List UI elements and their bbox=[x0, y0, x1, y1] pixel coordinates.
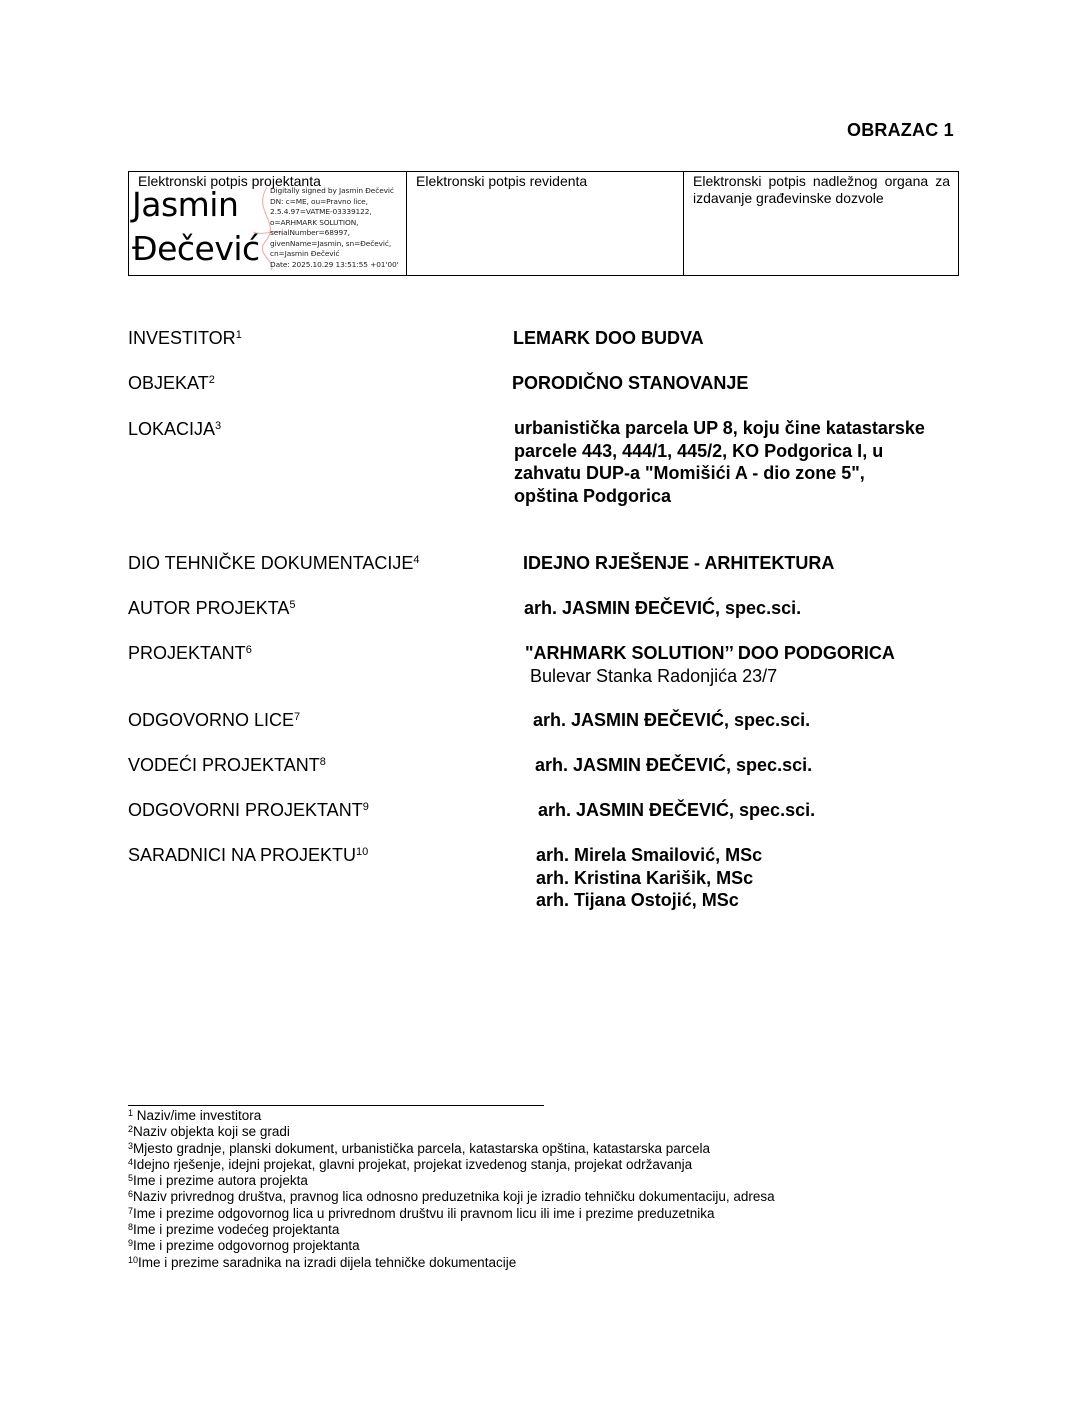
field-value-dio-tehnicke-dokumentacije: IDEJNO RJEŠENJE - ARHITEKTURA bbox=[523, 552, 834, 575]
footnote: 3Mjesto gradnje, planski dokument, urban… bbox=[128, 1141, 775, 1157]
footnote: 10Ime i prezime saradnika na izradi dije… bbox=[128, 1255, 775, 1271]
footnote: 2Naziv objekta koji se gradi bbox=[128, 1124, 775, 1140]
signature-detail-line: Date: 2025.10.29 13:51:55 +01'00' bbox=[270, 260, 398, 271]
field-label-objekat: OBJEKAT2 bbox=[128, 373, 215, 393]
signature-table: Elektronski potpis projektanta Jasmin Đe… bbox=[128, 171, 959, 276]
signature-detail-line: serialNumber=68997, bbox=[270, 228, 398, 239]
footnote: 9Ime i prezime odgovornog projektanta bbox=[128, 1238, 775, 1254]
field-label-autor-projekta: AUTOR PROJEKTA5 bbox=[128, 598, 295, 618]
field-label-dio-tehnicke-dokumentacije: DIO TEHNIČKE DOKUMENTACIJE4 bbox=[128, 553, 420, 573]
field-value-saradnici-na-projektu: arh. Mirela Smailović, MSc arh. Kristina… bbox=[536, 844, 762, 912]
footnote: 4Idejno rješenje, idejni projekat, glavn… bbox=[128, 1157, 775, 1173]
field-value-projektant: "ARHMARK SOLUTION’’ DOO PODGORICA Buleva… bbox=[525, 642, 895, 687]
field-value-vodeci-projektant: arh. JASMIN ĐEČEVIĆ, spec.sci. bbox=[535, 754, 812, 777]
signature-detail-line: DN: c=ME, ou=Pravno lice, bbox=[270, 197, 398, 208]
authority-signature-label: Elektronski potpis nadležnog organa za i… bbox=[684, 172, 958, 207]
field-value-lokacija: urbanistička parcela UP 8, koju čine kat… bbox=[514, 417, 925, 507]
field-value-autor-projekta: arh. JASMIN ĐEČEVIĆ, spec.sci. bbox=[524, 597, 801, 620]
field-value-investitor: LEMARK DOO BUDVA bbox=[513, 327, 704, 350]
field-value-odgovorni-projektant: arh. JASMIN ĐEČEVIĆ, spec.sci. bbox=[538, 799, 815, 822]
field-label-vodeci-projektant: VODEĆI PROJEKTANT8 bbox=[128, 755, 326, 775]
form-number: OBRAZAC 1 bbox=[847, 120, 954, 141]
footnotes: 1 Naziv/ime investitora 2Naziv objekta k… bbox=[128, 1108, 775, 1271]
reviewer-signature-label: Elektronski potpis revidenta bbox=[407, 172, 683, 190]
digital-signature-details: Digitally signed by Jasmin Đečević DN: c… bbox=[270, 186, 398, 270]
footnote-separator bbox=[128, 1105, 544, 1106]
field-label-projektant: PROJEKTANT6 bbox=[128, 643, 252, 663]
footnote: 8Ime i prezime vodećeg projektanta bbox=[128, 1222, 775, 1238]
field-value-odgovorno-lice: arh. JASMIN ĐEČEVIĆ, spec.sci. bbox=[533, 709, 810, 732]
field-label-odgovorno-lice: ODGOVORNO LICE7 bbox=[128, 710, 300, 730]
signature-detail-line: o=ARHMARK SOLUTION, bbox=[270, 218, 398, 229]
authority-signature-cell[interactable]: Elektronski potpis nadležnog organa za i… bbox=[683, 172, 958, 275]
field-label-lokacija: LOKACIJA3 bbox=[128, 419, 221, 439]
signature-detail-line: 2.5.4.97=VATME-03339122, bbox=[270, 207, 398, 218]
signature-detail-line: cn=Jasmin Đečević bbox=[270, 249, 398, 260]
signature-detail-line: givenName=Jasmin, sn=Đečević, bbox=[270, 239, 398, 250]
reviewer-signature-cell[interactable]: Elektronski potpis revidenta bbox=[406, 172, 683, 275]
field-label-saradnici-na-projektu: SARADNICI NA PROJEKTU10 bbox=[128, 845, 368, 865]
projektant-address: Bulevar Stanka Radonjića 23/7 bbox=[525, 665, 895, 688]
field-value-objekat: PORODIČNO STANOVANJE bbox=[512, 372, 748, 395]
field-label-investitor: INVESTITOR1 bbox=[128, 328, 242, 348]
signature-detail-line: Digitally signed by Jasmin Đečević bbox=[270, 186, 398, 197]
footnote: 7Ime i prezime odgovornog lica u privred… bbox=[128, 1206, 775, 1222]
footnote: 1 Naziv/ime investitora bbox=[128, 1108, 775, 1124]
designer-signature-cell[interactable]: Elektronski potpis projektanta Jasmin Đe… bbox=[129, 172, 406, 275]
field-label-odgovorni-projektant: ODGOVORNI PROJEKTANT9 bbox=[128, 800, 369, 820]
footnote: 5Ime i prezime autora projekta bbox=[128, 1173, 775, 1189]
signer-first-name: Jasmin bbox=[132, 188, 238, 222]
footnote: 6Naziv privrednog društva, pravnog lica … bbox=[128, 1189, 775, 1205]
signer-last-name: Đečević bbox=[132, 232, 260, 266]
